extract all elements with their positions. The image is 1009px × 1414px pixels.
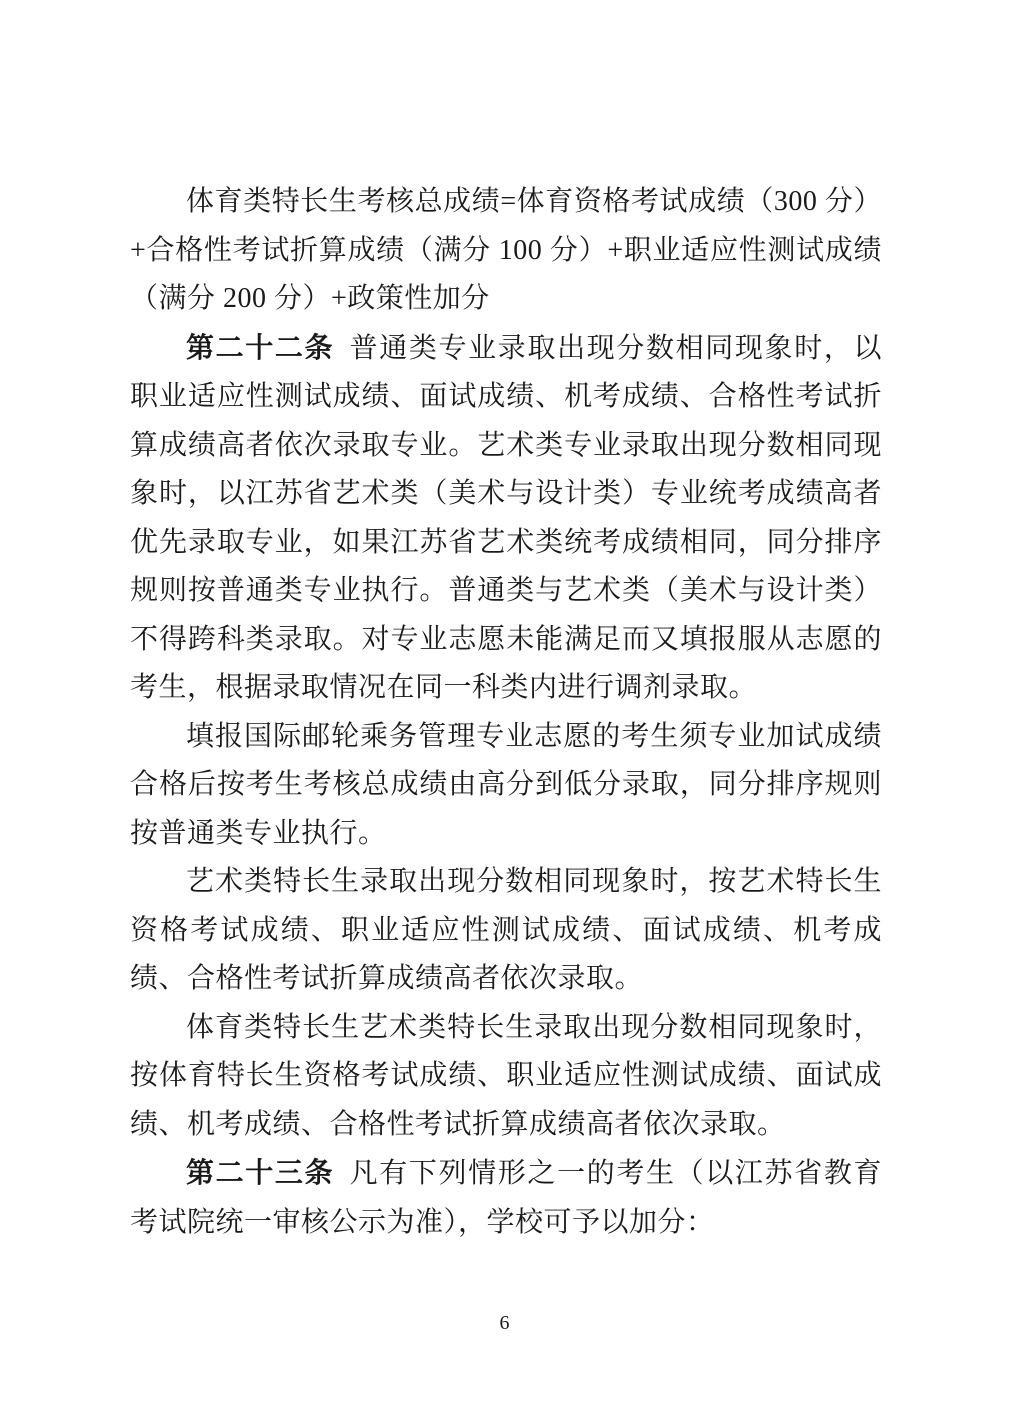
paragraph-text: 普通类专业录取出现分数相同现象时，以职业适应性测试成绩、面试成绩、机考成绩、合格…: [130, 333, 882, 704]
paragraph-text: 艺术类特长生录取出现分数相同现象时，按艺术特长生资格考试成绩、职业适应性测试成绩…: [130, 866, 882, 994]
paragraph-text: 体育类特长生考核总成绩=体育资格考试成绩（300 分）+合格性考试折算成绩（满分…: [130, 186, 882, 314]
page-footer: 6: [0, 1312, 1009, 1335]
document-page: 体育类特长生考核总成绩=体育资格考试成绩（300 分）+合格性考试折算成绩（满分…: [0, 0, 1009, 1414]
document-body: 体育类特长生考核总成绩=体育资格考试成绩（300 分）+合格性考试折算成绩（满分…: [130, 178, 882, 1247]
paragraph-text: 填报国际邮轮乘务管理专业志愿的考生须专业加试成绩合格后按考生考核总成绩由高分到低…: [130, 721, 882, 849]
paragraph-art-talent: 艺术类特长生录取出现分数相同现象时，按艺术特长生资格考试成绩、职业适应性测试成绩…: [130, 858, 882, 1004]
paragraph-cruise-major: 填报国际邮轮乘务管理专业志愿的考生须专业加试成绩合格后按考生考核总成绩由高分到低…: [130, 713, 882, 859]
article-label: 第二十二条: [186, 332, 334, 363]
paragraph-text: 体育类特长生艺术类特长生录取出现分数相同现象时，按体育特长生资格考试成绩、职业适…: [130, 1012, 882, 1140]
paragraph-article-22: 第二十二条普通类专业录取出现分数相同现象时，以职业适应性测试成绩、面试成绩、机考…: [130, 324, 882, 713]
page-number: 6: [500, 1312, 510, 1334]
paragraph-sports-art-talent: 体育类特长生艺术类特长生录取出现分数相同现象时，按体育特长生资格考试成绩、职业适…: [130, 1004, 882, 1150]
paragraph-article-23: 第二十三条凡有下列情形之一的考生（以江苏省教育考试院统一审核公示为准），学校可予…: [130, 1149, 882, 1247]
paragraph-score-formula: 体育类特长生考核总成绩=体育资格考试成绩（300 分）+合格性考试折算成绩（满分…: [130, 178, 882, 324]
article-label: 第二十三条: [186, 1157, 334, 1188]
